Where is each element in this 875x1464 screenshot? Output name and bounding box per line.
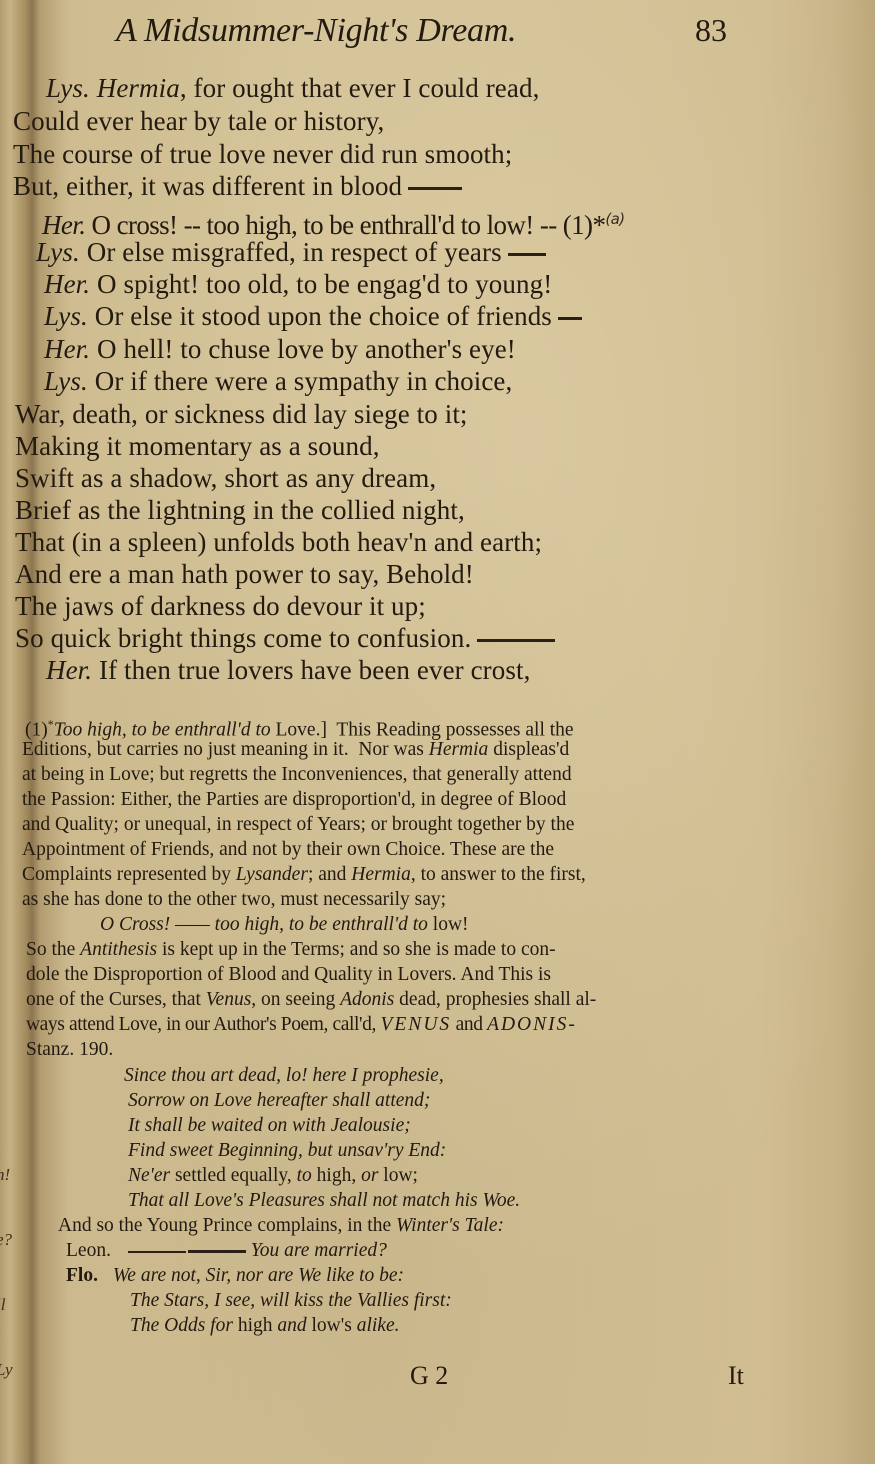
running-head-title: A Midsummer-Night's Dream.: [116, 12, 516, 50]
rule-dash: [508, 253, 546, 256]
verse-text: The course of true love never did run sm…: [13, 139, 512, 169]
verse-line: That (in a spleen) unfolds both heav'n a…: [15, 526, 542, 559]
verse-text: Or else it stood upon the choice of frie…: [95, 301, 552, 331]
footnote-line: dole the Disproportion of Blood and Qual…: [26, 962, 551, 988]
verse-text: And ere a man hath power to say, Behold!: [15, 559, 474, 589]
margin-fragment: ll: [0, 1295, 5, 1315]
rule-dash: [558, 317, 582, 320]
footnote-line: Editions, but carries no just meaning in…: [22, 737, 569, 763]
footnote-line: at being in Love; but regretts the Incon…: [22, 762, 572, 788]
quote-roman: low!: [433, 914, 469, 935]
speaker-label: Lys.: [36, 237, 80, 267]
footnote-line: and Quality; or unequal, in respect of Y…: [22, 812, 574, 838]
footnote-quote-line: O Cross! —— too high, to be enthrall'd t…: [100, 912, 469, 938]
verse-line: The course of true love never did run sm…: [13, 138, 512, 171]
verse-text: So quick bright things come to confusion…: [15, 623, 471, 653]
verse-line: Brief as the lightning in the collied ni…: [15, 494, 465, 527]
footnote-line: Complaints represented by Lysander; and …: [22, 862, 586, 888]
footnote-line: the Passion: Either, the Parties are dis…: [22, 787, 566, 813]
footnote-line: Appointment of Friends, and not by their…: [22, 837, 554, 863]
poem-line: It shall be waited on with Jealousie;: [128, 1113, 411, 1139]
footnote-line: Stanz. 190.: [26, 1037, 113, 1063]
page-number: 83: [695, 12, 727, 49]
poem-line: That all Love's Pleasures shall not matc…: [128, 1188, 520, 1214]
speaker-label: Flo.: [66, 1265, 98, 1286]
verse-text: Or else misgraffed, in respect of years: [87, 237, 502, 267]
verse-text: Could ever hear by tale or history,: [13, 106, 384, 136]
verse-text: O hell! to chuse love by another's eye!: [97, 334, 516, 364]
verse-text: O spight! too old, to be engag'd to youn…: [97, 269, 552, 299]
speaker-label: Her.: [44, 334, 90, 364]
margin-fragment: n!: [0, 1165, 10, 1185]
footnote-line: And so the Young Prince complains, in th…: [58, 1213, 504, 1239]
verse-text: If then true lovers have been ever crost…: [99, 655, 530, 685]
speaker-label: Lys.: [46, 73, 90, 103]
verse-line: So quick bright things come to confusion…: [15, 622, 555, 655]
verse-line: But, either, it was different in blood: [13, 170, 462, 203]
rule-dash: [188, 1250, 246, 1253]
speaker-label: Her.: [44, 269, 90, 299]
verse-line: Her. O spight! too old, to be engag'd to…: [44, 268, 552, 301]
handwritten-annotation: (a): [605, 210, 624, 228]
poem-line: Ne'er settled equally, to high, or low;: [128, 1163, 418, 1189]
verse-line: Her. If then true lovers have been ever …: [46, 654, 530, 687]
rule-dash: [477, 639, 555, 642]
verse-text: Hermia, for ought that ever I could read…: [97, 73, 540, 103]
footnote-line: as she has done to the other two, must n…: [22, 887, 446, 913]
catchword: It: [728, 1361, 744, 1391]
verse-text: That (in a spleen) unfolds both heav'n a…: [15, 527, 542, 557]
verse-text: Brief as the lightning in the collied ni…: [15, 495, 465, 525]
poem-line: Since thou art dead, lo! here I prophesi…: [124, 1063, 444, 1089]
dialogue-text: You are married?: [251, 1240, 387, 1261]
dialogue-text: We are not, Sir, nor are We like to be:: [113, 1265, 404, 1286]
verse-line: Lys. Or if there were a sympathy in choi…: [44, 365, 512, 398]
verse-line: Lys. Or else misgraffed, in respect of y…: [36, 236, 546, 269]
margin-fragment: e?: [0, 1230, 12, 1250]
speaker-label: Leon.: [66, 1240, 111, 1261]
verse-line: Could ever hear by tale or history,: [13, 105, 384, 138]
signature-mark: G 2: [410, 1361, 448, 1391]
quote-italic: O Cross! —— too high, to be enthrall'd t…: [100, 914, 428, 935]
verse-line: Lys. Or else it stood upon the choice of…: [44, 300, 582, 333]
transition-text: And so the Young Prince complains, in th…: [58, 1215, 391, 1236]
verse-text: Making it momentary as a sound,: [15, 431, 380, 461]
dialogue-line: Flo. We are not, Sir, nor are We like to…: [66, 1263, 404, 1289]
play-title: Winter's Tale:: [396, 1215, 504, 1236]
speaker-label: Lys.: [44, 366, 88, 396]
footnote-line: one of the Curses, that Venus, on seeing…: [26, 987, 596, 1013]
verse-text: But, either, it was different in blood: [13, 171, 402, 201]
verse-text: Or if there were a sympathy in choice,: [95, 366, 513, 396]
poem-line: Sorrow on Love hereafter shall attend;: [128, 1088, 430, 1114]
speaker-label: Her.: [46, 655, 92, 685]
footnote-line: ways attend Love, in our Author's Poem, …: [26, 1012, 574, 1038]
rule-dash: [128, 1251, 186, 1253]
verse-text: The jaws of darkness do devour it up;: [15, 591, 426, 621]
verse-line: Lys. Hermia, for ought that ever I could…: [46, 72, 539, 105]
verse-line: The jaws of darkness do devour it up;: [15, 590, 426, 623]
dialogue-line: Leon. You are married?: [66, 1238, 387, 1264]
verse-line: Making it momentary as a sound,: [15, 430, 380, 463]
verse-text: Swift as a shadow, short as any dream,: [15, 463, 436, 493]
verse-line: And ere a man hath power to say, Behold!: [15, 558, 474, 591]
verse-line: Her. O hell! to chuse love by another's …: [44, 333, 516, 366]
verse-line: War, death, or sickness did lay siege to…: [15, 398, 468, 431]
dialogue-line: The Odds for high and low's alike.: [130, 1313, 400, 1339]
rule-dash: [408, 187, 462, 190]
verse-line: Swift as a shadow, short as any dream,: [15, 462, 436, 495]
footnote-line: So the Antithesis is kept up in the Term…: [26, 937, 556, 963]
verse-text: War, death, or sickness did lay siege to…: [15, 399, 468, 429]
speaker-label: Lys.: [44, 301, 88, 331]
poem-line: Find sweet Beginning, but unsav'ry End:: [128, 1138, 446, 1164]
dialogue-line: The Stars, I see, will kiss the Vallies …: [130, 1288, 452, 1314]
margin-fragment: Ly: [0, 1360, 13, 1380]
